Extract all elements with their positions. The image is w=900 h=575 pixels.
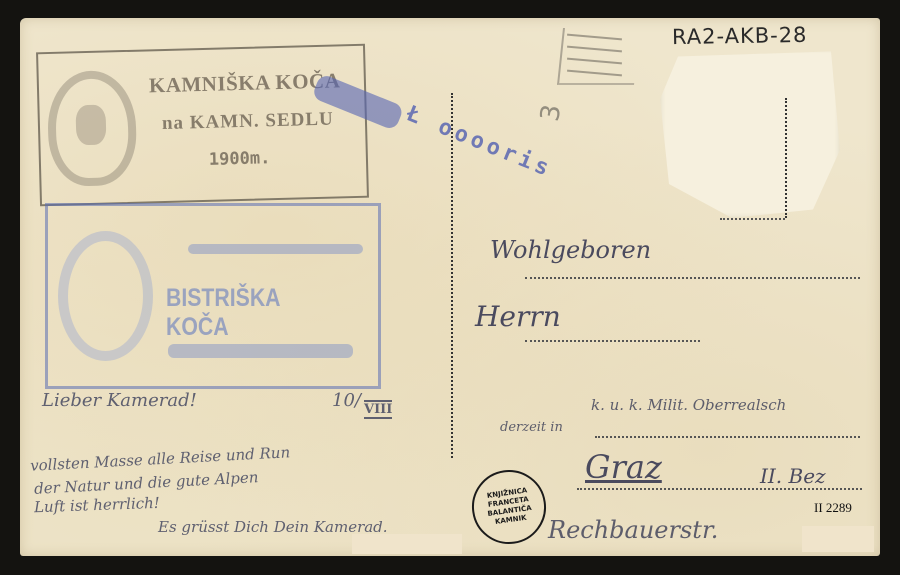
smear-text: Ł ooooris xyxy=(403,101,556,182)
pencil-sketch: 3 xyxy=(535,28,655,158)
stamp-altitude: 1900m. xyxy=(209,148,271,170)
ornament-bottom xyxy=(168,344,353,358)
message-line-3: Luft ist herrlich! xyxy=(34,494,160,516)
postcard-divider xyxy=(451,93,453,458)
address-rank: k. u. k. Milit. Oberrealsch xyxy=(591,396,786,414)
message-greeting: Lieber Kamerad! xyxy=(42,390,197,411)
address-line xyxy=(525,340,700,342)
address-line xyxy=(525,277,860,279)
message-date-month: VIII xyxy=(364,400,392,419)
redaction-patch xyxy=(802,526,874,552)
ornament-top xyxy=(188,244,363,254)
stamp-placement-border xyxy=(720,218,785,220)
message-date-day: 10/ xyxy=(332,390,361,411)
address-prefix: derzeit in xyxy=(500,420,563,435)
address-city: Graz xyxy=(585,448,662,486)
inventory-number: II 2289 xyxy=(814,500,852,516)
redaction-patch xyxy=(352,534,462,554)
removed-postage-stamp-area xyxy=(660,48,840,218)
sketch-number: 3 xyxy=(535,102,567,124)
postcard: KAMNIŠKA KOČA na KAMN. SEDLU 1900m. BIST… xyxy=(20,18,880,556)
edelweiss-emblem-icon xyxy=(58,231,153,361)
address-district: II. Bez xyxy=(760,464,826,488)
edelweiss-emblem-icon xyxy=(47,70,138,187)
library-stamp: KNJIŽNICA FRANCETA BALANTIČA KAMNIK xyxy=(467,465,551,549)
address-salutation: Wohlgeboren xyxy=(490,236,651,264)
stamp-text: BISTRIŠKA KOČA xyxy=(166,284,346,342)
archive-reference-code: RA2-AKB-28 xyxy=(672,23,808,49)
address-line xyxy=(595,436,860,438)
address-line xyxy=(577,488,862,490)
address-street: Rechbauerstr. xyxy=(548,516,718,544)
address-title: Herrn xyxy=(475,300,561,333)
kamniska-koca-stamp: KAMNIŠKA KOČA na KAMN. SEDLU 1900m. xyxy=(36,44,369,207)
stamp-placement-border xyxy=(785,98,787,218)
stamp-line-2: na KAMN. SEDLU xyxy=(162,109,334,135)
bistriska-koca-stamp: BISTRIŠKA KOČA xyxy=(45,203,381,389)
